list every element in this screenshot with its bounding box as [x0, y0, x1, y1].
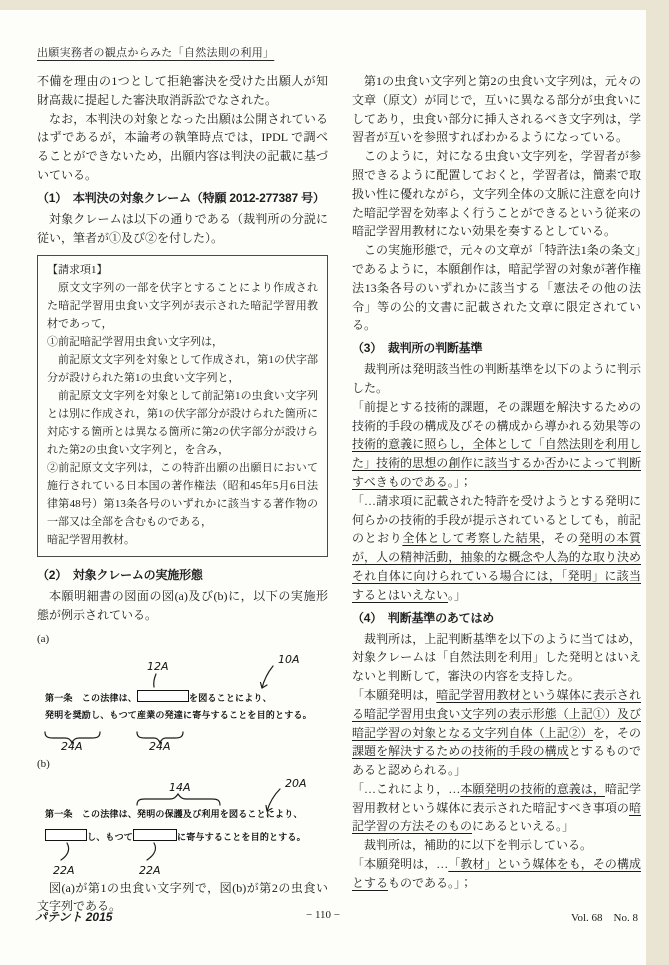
figure-a-whole-ref-label: 10A — [278, 651, 300, 670]
paragraph: 裁判所は，補助的に以下を判示している。 — [352, 836, 641, 855]
court-quote: 「…請求項に記載された特許を受けようとする発明に何らかの技術的手段が提示されてい… — [352, 492, 641, 605]
paragraph: 本願明細書の図面の図(a)及び(b)に，以下の実施形態が例示されている。 — [37, 587, 328, 625]
court-quote: 「本願発明は，暗記学習用教材という媒体に表示される暗記学習用虫食い文字列の表示形… — [352, 686, 641, 780]
paragraph: なお，本判決の対象となった出願は公開されているはずであるが，本論考の執筆時点では… — [37, 110, 328, 185]
claim-1-box: 【請求項1】 原文文字列の一部を伏字とすることにより作成された暗記学習用虫食い文… — [37, 255, 328, 557]
figure-b: 20A 14A 第一条 この法律は、発明の保護及び利用を図ることにより、 し、も… — [37, 775, 329, 879]
paragraph: 裁判所は発明該当性の判断基準を以下のように判示した。 — [352, 360, 641, 398]
figure-b-blank1-ref-label: 22A — [53, 862, 75, 881]
court-quote: 「…これにより，…本願発明の技術的意義は，暗記学習用教材という媒体に表示された暗… — [352, 780, 641, 836]
figure-b-revealed-ref-label: 14A — [169, 779, 191, 798]
claim-paragraph: ②前記原文文字列は，この特許出願の出願日において施行されている日本国の著作権法（… — [47, 459, 318, 531]
claim-paragraph: ①前記暗記学習用虫食い文字列は， — [47, 333, 318, 351]
section-heading-2: （2） 対象クレームの実施形態 — [37, 566, 328, 585]
claim-paragraph: 原文文字列の一部を伏字とすることにより作成された暗記学習用虫食い文字列が表示され… — [47, 279, 318, 333]
claim-paragraph: 暗記学習用教材。 — [47, 531, 318, 549]
figure-b-text-line2: し、もつてに寄与することを目的とする。 — [45, 829, 306, 843]
running-header-title: 出願実務者の観点からみた「自然法則の利用」 — [37, 44, 274, 60]
section-heading-1: （1） 本判決の対象クレーム（特願 2012-277387 号） — [37, 189, 328, 208]
claim-box-title: 【請求項1】 — [47, 261, 318, 279]
figure-b-whole-ref-label: 20A — [285, 775, 307, 794]
court-quote: 「前提とする技術的課題，その課題を解決するための技術的手段の構成及びその構成から… — [352, 398, 641, 492]
claim-paragraph: 前記原文文字列を対象として前記第1の虫食い文字列とは別に作成され，第1の伏字部分… — [47, 387, 318, 459]
right-column: 第1の虫食い文字列と第2の虫食い文字列は，元々の文章（原文）が同じで，互いに異な… — [352, 72, 641, 893]
paragraph: 第1の虫食い文字列と第2の虫食い文字列は，元々の文章（原文）が同じで，互いに異な… — [352, 72, 641, 147]
scanned-journal-page: 出願実務者の観点からみた「自然法則の利用」 不備を理由の1つとして拒絶審決を受け… — [0, 10, 646, 965]
paragraph: このように，対になる虫食い文字列を，学習者が参照できるように配置しておくと，学習… — [352, 147, 641, 241]
figure-b-caption: (b) — [37, 755, 328, 774]
footer-volume-issue: Vol. 68 No. 8 — [571, 909, 638, 925]
figure-a-part1-ref-label: 24A — [61, 738, 83, 757]
figure-a: 12A 10A 第一条 この法律は、を図ることにより、 発明を奨励し、もつて産業… — [37, 650, 329, 750]
paragraph: 裁判所は，上記判断基準を以下のように当てはめ，対象クレームは「自然法則を利用」し… — [352, 630, 641, 686]
section-heading-4: （4） 判断基準のあてはめ — [352, 609, 641, 628]
figure-b-blank-box-2 — [133, 829, 177, 841]
left-column: 不備を理由の1つとして拒絶審決を受けた出願人が知財高裁に提起した審決取消訴訟でな… — [37, 72, 328, 916]
figure-a-part2-ref-label: 24A — [149, 738, 171, 757]
footer-journal-name: パテント 2015 — [35, 908, 112, 925]
paragraph: 不備を理由の1つとして拒絶審決を受けた出願人が知財高裁に提起した審決取消訴訟でな… — [37, 72, 328, 110]
figure-a-text-line2: 発明を奨励し、もつて産業の発達に寄与することを目的とする。 — [45, 710, 312, 721]
figure-a-blank-box — [137, 690, 189, 702]
paragraph: この実施形態で，元々の文章が「特許法1条の条文」であるように，本願創作は，暗記学… — [352, 241, 641, 335]
claim-paragraph: 前記原文文字列を対象として作成され，第1の伏字部分が設けられた第1の虫食い文字列… — [47, 351, 318, 387]
section-heading-3: （3） 裁判所の判断基準 — [352, 339, 641, 358]
paragraph: 対象クレームは以下の通りである（裁判所の分説に従い，筆者が①及び②を付した）。 — [37, 210, 328, 248]
figure-b-text-line1: 第一条 この法律は、発明の保護及び利用を図ることにより、 — [45, 809, 303, 820]
court-quote: 「本願発明は，…「教材」という媒体をも，その構成とするものである。」； — [352, 855, 641, 893]
figure-b-blank2-ref-label: 22A — [139, 862, 161, 881]
figure-b-blank-box-1 — [45, 829, 87, 841]
figure-a-caption: (a) — [37, 630, 328, 649]
figure-a-blank-ref-label: 12A — [147, 658, 169, 677]
figure-a-text-line1: 第一条 この法律は、を図ることにより、 — [45, 690, 272, 704]
